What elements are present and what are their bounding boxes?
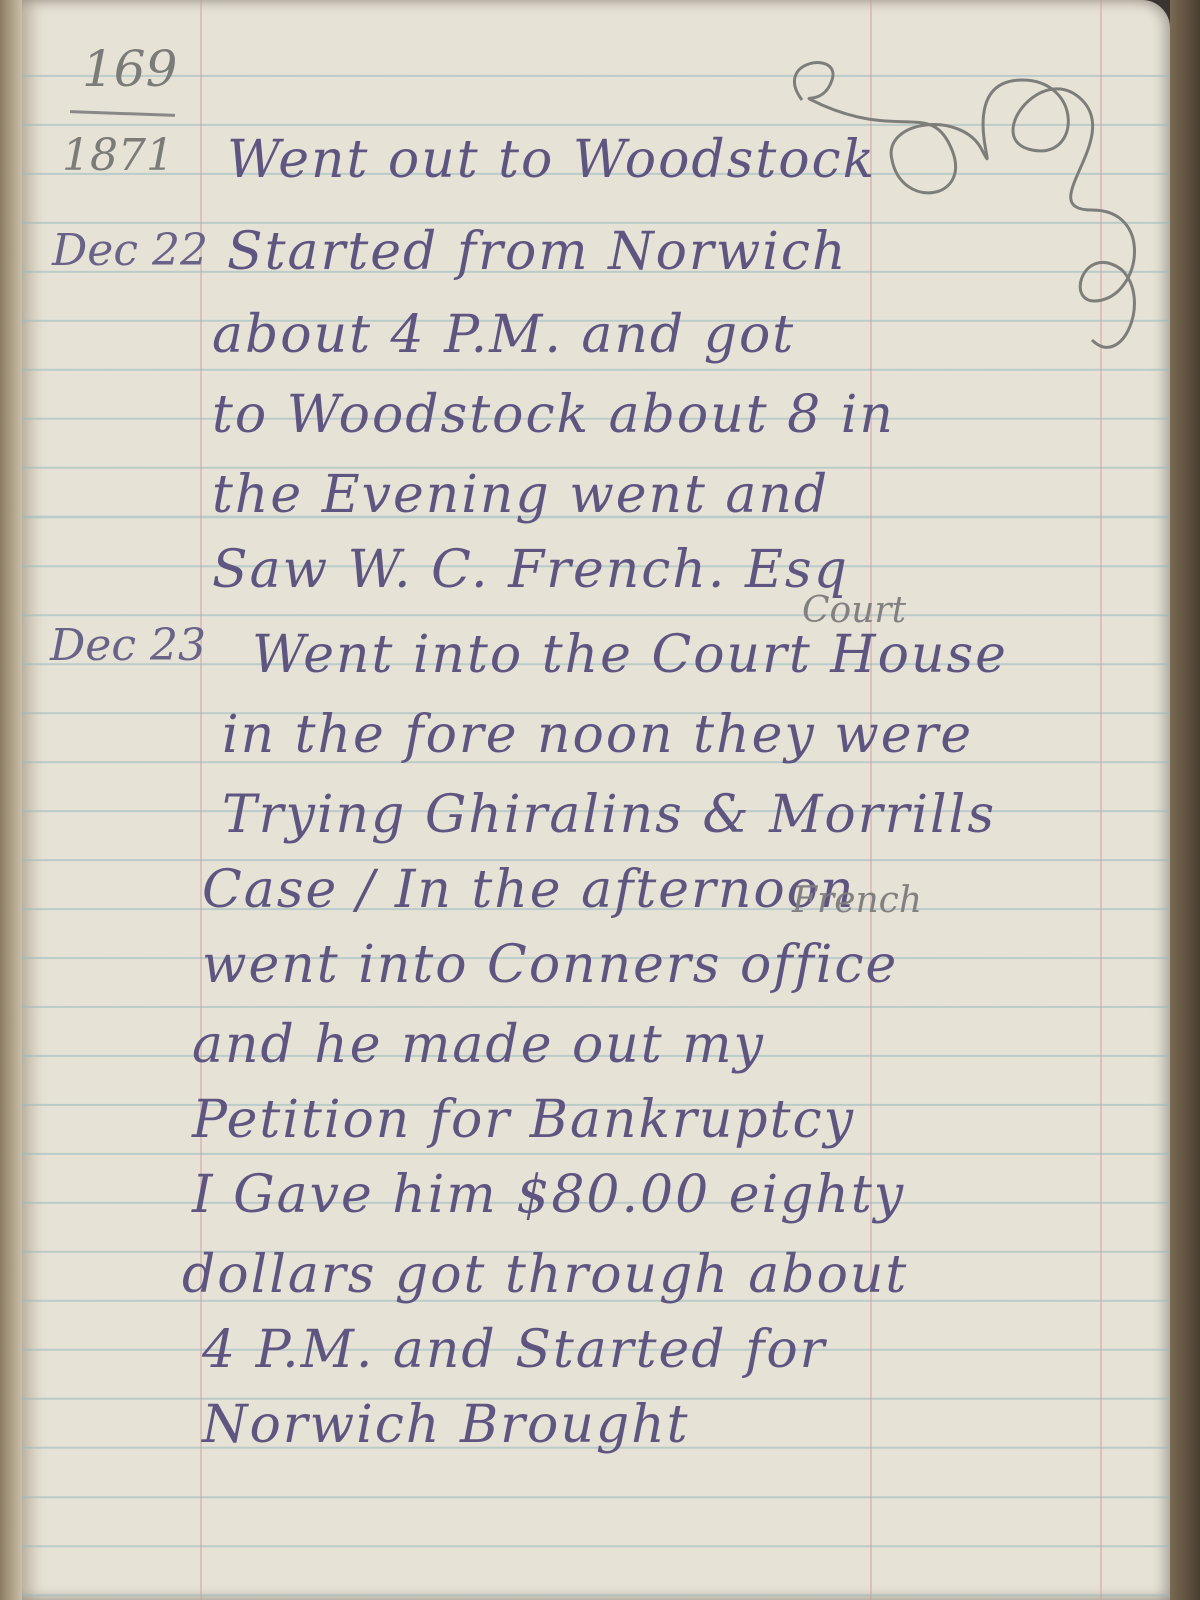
entry-line: Went out to Woodstock [227, 130, 876, 190]
entry-line: to Woodstock about 8 in [212, 385, 895, 445]
entry-line: about 4 P.M. and got [212, 305, 795, 365]
entry-line: Trying Ghiralins & Morrills [222, 785, 996, 845]
entry-line: 4 P.M. and Started for [202, 1320, 826, 1380]
book-binding [0, 0, 22, 1600]
pencil-insert: French [792, 880, 922, 921]
entry-line: Saw W. C. French. Esq [212, 540, 849, 600]
entry-line: dollars got through about [182, 1245, 908, 1305]
entry-date: Dec 22 [52, 225, 208, 276]
entry-line: went into Conners office [202, 935, 898, 995]
book-edge [1170, 0, 1200, 1600]
diary-page: 169 1871 Dec 22 Went out to Woodstock St… [22, 0, 1170, 1600]
entry-line: Started from Norwich [227, 222, 848, 282]
page-number: 169 [82, 40, 177, 98]
entry-line: I Gave him $80.00 eighty [192, 1165, 905, 1225]
entry-line: Petition for Bankruptcy [192, 1090, 855, 1150]
entry-line: the Evening went and [212, 465, 829, 525]
year: 1871 [62, 130, 174, 181]
pencil-flourish-icon [782, 40, 1162, 380]
entry-line: Norwich Brought [202, 1395, 690, 1455]
entry-line: and he made out my [192, 1015, 765, 1075]
entry-date: Dec 23 [50, 620, 206, 671]
entry-line: in the fore noon they were [222, 705, 973, 765]
entry-line: Case / In the afternoon [202, 860, 855, 920]
entry-line: Went into the Court House [252, 625, 1008, 685]
